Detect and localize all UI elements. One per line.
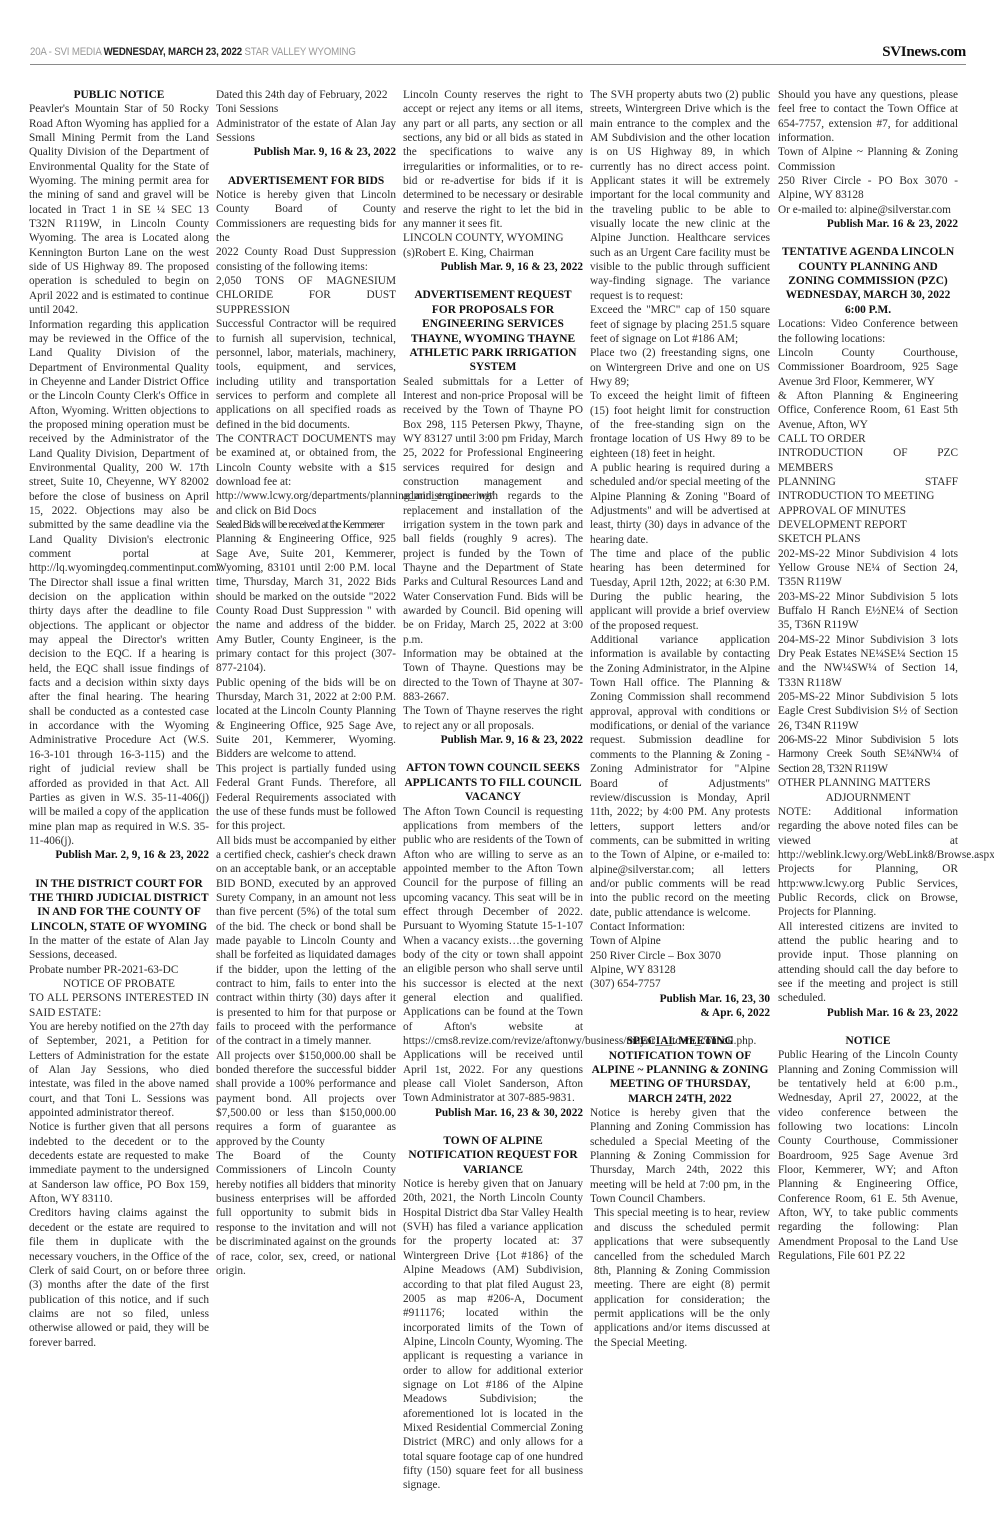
contact-label: Contact Information:: [590, 920, 770, 934]
agenda-item: DEVELOPMENT REPORT: [778, 518, 958, 532]
notice-bids-continued: Lincoln County reserves the right to acc…: [403, 88, 583, 274]
masthead: 20A - SVI MEDIA WEDNESDAY, MARCH 23, 202…: [30, 44, 966, 65]
notice-title: NOTICE: [778, 1034, 958, 1048]
notice-paragraph: Should you have any questions, please fe…: [778, 88, 958, 145]
notice-paragraph: This special meeting is to hear, review …: [590, 1206, 770, 1349]
notice-paragraph: Sealed submittals for a Letter of Intere…: [403, 375, 583, 648]
notice-paragraph: Exceed the "MRC" cap of 150 square feet …: [590, 303, 770, 346]
notice-probate-continued: Dated this 24th day of February, 2022 To…: [216, 88, 396, 160]
notice-paragraph: Sealed Bids will be received at the Kemm…: [216, 518, 396, 532]
notice-paragraph: Administrator of the estate of Alan Jay …: [216, 117, 396, 146]
notice-paragraph: The time and place of the public hearing…: [590, 547, 770, 633]
notice-paragraph: Public opening of the bids will be on Th…: [216, 676, 396, 762]
notice-alpine-variance: TOWN OF ALPINE NOTIFICATION REQUEST FOR …: [403, 1134, 583, 1493]
publish-line: Publish Mar. 16 & 23, 2022: [778, 1006, 958, 1020]
contact-line: 250 River Circle – Box 3070: [590, 949, 770, 963]
contact-line: Town of Alpine: [590, 934, 770, 948]
notice-paragraph: Notice is hereby given that the Planning…: [590, 1106, 770, 1206]
notice-title: TOWN OF ALPINE NOTIFICATION REQUEST FOR …: [403, 1134, 583, 1177]
agenda-item: 203-MS-22 Minor Subdivision 5 lots Buffa…: [778, 590, 958, 633]
publish-line: Publish Mar. 9, 16 & 23, 2022: [216, 145, 396, 159]
notice-mining-permit: PUBLIC NOTICE Peavler's Mountain Star of…: [29, 88, 209, 863]
notice-paragraph: The Board of the County Commissioners of…: [216, 1149, 396, 1278]
notice-paragraph: Additional variance application informat…: [590, 633, 770, 920]
notice-paragraph: TO ALL PERSONS INTERESTED IN SAID ESTATE…: [29, 991, 209, 1020]
contact-phone: (307) 654-7757: [590, 977, 770, 991]
notice-paragraph: Lincoln County reserves the right to acc…: [403, 88, 583, 231]
notice-paragraph: Town of Alpine ~ Planning & Zoning Commi…: [778, 145, 958, 174]
notice-thayne-rfp: ADVERTISEMENT REQUEST FOR PROPOSALS FOR …: [403, 288, 583, 747]
notice-paragraph: Peavler's Mountain Star of 50 Rocky Road…: [29, 102, 209, 317]
agenda-item: ADJOURNMENT: [778, 791, 958, 805]
notice-paragraph: & Afton Planning & Engineering Office, C…: [778, 389, 958, 432]
column-4: The SVH property abuts two (2) public st…: [590, 88, 770, 1350]
agenda-item: SKETCH PLANS: [778, 532, 958, 546]
notice-title: PUBLIC NOTICE: [29, 88, 209, 102]
notice-paragraph: The SVH property abuts two (2) public st…: [590, 88, 770, 303]
publish-line: Publish Mar. 9, 16 & 23, 2022: [403, 260, 583, 274]
notice-paragraph: 2022 County Road Dust Suppression consis…: [216, 245, 396, 274]
notice-title: ADVERTISEMENT FOR BIDS: [216, 174, 396, 188]
notice-tentative-agenda: TENTATIVE AGENDA LINCOLN COUNTY PLANNING…: [778, 245, 958, 1020]
publish-line: Publish Mar. 16 & 23, 2022: [778, 217, 958, 231]
notice-title: AFTON TOWN COUNCIL SEEKS APPLICANTS TO F…: [403, 761, 583, 804]
notice-paragraph: Creditors having claims against the dece…: [29, 1206, 209, 1349]
notice-title: TENTATIVE AGENDA LINCOLN COUNTY PLANNING…: [778, 245, 958, 317]
notice-paragraph: Notice is further given that all persons…: [29, 1120, 209, 1206]
notice-paragraph: Information may be obtained at the Town …: [403, 647, 583, 704]
publish-line: Publish Mar. 2, 9, 16 & 23, 2022: [29, 848, 209, 862]
notice-paragraph: In the matter of the estate of Alan Jay …: [29, 934, 209, 963]
notice-paragraph: The CONTRACT DOCUMENTS may be examined a…: [216, 432, 396, 489]
notice-paragraph: Successful Contractor will be required t…: [216, 317, 396, 432]
agenda-item: APPROVAL OF MINUTES: [778, 504, 958, 518]
notice-paragraph: Planning & Engineering Office, 925 Sage …: [216, 532, 396, 675]
agenda-item: PLANNING STAFF INTRODUCTION TO MEETING: [778, 475, 958, 504]
agenda-item: INTRODUCTION OF PZC MEMBERS: [778, 446, 958, 475]
notice-paragraph: Lincoln County Courthouse, Commissioner …: [778, 346, 958, 389]
publish-line: Publish Mar. 16, 23 & 30, 2022: [403, 1106, 583, 1120]
bid-docs-link[interactable]: http://www.lcwy.org/departments/planning…: [216, 489, 396, 518]
agenda-item: 204-MS-22 Minor Subdivision 3 lots Dry P…: [778, 633, 958, 690]
agenda-item: OTHER PLANNING MATTERS: [778, 776, 958, 790]
notice-title: SPECIAL MEETING NOTIFICATION TOWN OF ALP…: [590, 1034, 770, 1106]
site-logo[interactable]: SVInews.com: [882, 44, 966, 61]
notice-paragraph: All projects over $150,000.00 shall be b…: [216, 1049, 396, 1149]
issue-date: WEDNESDAY, MARCH 23, 2022: [104, 46, 242, 58]
notice-paragraph: NOTE: Additional information regarding t…: [778, 805, 958, 920]
notice-variance-continued: The SVH property abuts two (2) public st…: [590, 88, 770, 1020]
notice-probate: IN THE DISTRICT COURT FOR THE THIRD JUDI…: [29, 877, 209, 1350]
masthead-info: 20A - SVI MEDIA WEDNESDAY, MARCH 23, 202…: [30, 46, 356, 58]
notice-paragraph: Dated this 24th day of February, 2022: [216, 88, 396, 102]
publish-line: & Apr. 6, 2022: [590, 1006, 770, 1020]
region-label: STAR VALLEY WYOMING: [244, 46, 355, 58]
notice-afton-council-vacancy: AFTON TOWN COUNCIL SEEKS APPLICANTS TO F…: [403, 761, 583, 1120]
notice-paragraph: Place two (2) freestanding signs, one on…: [590, 346, 770, 389]
notice-paragraph: Notice is hereby given that Lincoln Coun…: [216, 188, 396, 245]
email-link[interactable]: Or e-mailed to: alpine@silverstar.com: [778, 203, 958, 217]
column-1: PUBLIC NOTICE Peavler's Mountain Star of…: [29, 88, 209, 1350]
notice-paragraph: A public hearing is required during a sc…: [590, 461, 770, 547]
notice-paragraph: Locations: Video Conference between the …: [778, 317, 958, 346]
notice-paragraph: The Afton Town Council is requesting app…: [403, 805, 583, 1049]
column-3: Lincoln County reserves the right to acc…: [403, 88, 583, 1493]
notice-paragraph: Information regarding this application m…: [29, 318, 209, 849]
notice-special-meeting: SPECIAL MEETING NOTIFICATION TOWN OF ALP…: [590, 1034, 770, 1350]
notice-paragraph: To exceed the height limit of fifteen (1…: [590, 389, 770, 461]
notice-signature: (s)Robert E. King, Chairman: [403, 246, 583, 260]
notice-title: IN THE DISTRICT COURT FOR THE THIRD JUDI…: [29, 877, 209, 934]
notice-title: ADVERTISEMENT REQUEST FOR PROPOSALS FOR …: [403, 288, 583, 374]
publish-line: Publish Mar. 16, 23, 30: [590, 992, 770, 1006]
notice-public-hearing: NOTICE Public Hearing of the Lincoln Cou…: [778, 1034, 958, 1264]
notice-paragraph: 2,050 TONS OF MAGNESIUM CHLORIDE FOR DUS…: [216, 274, 396, 317]
notice-paragraph: Public Hearing of the Lincoln County Pla…: [778, 1048, 958, 1263]
notice-special-continued: Should you have any questions, please fe…: [778, 88, 958, 231]
notice-paragraph: The Town of Thayne reserves the right to…: [403, 704, 583, 733]
notice-signature: LINCOLN COUNTY, WYOMING: [403, 231, 583, 245]
notice-subheading: NOTICE OF PROBATE: [29, 977, 209, 991]
notice-paragraph: Probate number PR-2021-63-DC: [29, 963, 209, 977]
notice-paragraph: Notice is hereby given that on January 2…: [403, 1177, 583, 1493]
notice-paragraph: 250 River Circle - PO Box 3070 - Alpine,…: [778, 174, 958, 203]
notice-advertisement-for-bids: ADVERTISEMENT FOR BIDS Notice is hereby …: [216, 174, 396, 1278]
notice-paragraph: All interested citizens are invited to a…: [778, 920, 958, 1006]
publish-line: Publish Mar. 9, 16 & 23, 2022: [403, 733, 583, 747]
notice-paragraph: All bids must be accompanied by either a…: [216, 834, 396, 1049]
notice-paragraph: You are hereby notified on the 27th day …: [29, 1020, 209, 1120]
notice-paragraph: Applications will be received until Apri…: [403, 1048, 583, 1105]
notice-paragraph: This project is partially funded using F…: [216, 762, 396, 834]
contact-line: Alpine, WY 83128: [590, 963, 770, 977]
column-5: Should you have any questions, please fe…: [778, 88, 958, 1264]
agenda-item: CALL TO ORDER: [778, 432, 958, 446]
agenda-item: 205-MS-22 Minor Subdivision 5 lots Eagle…: [778, 690, 958, 733]
agenda-item: 206-MS-22 Minor Subdivision 5 lots Harmo…: [778, 733, 958, 776]
notice-paragraph: Toni Sessions: [216, 102, 396, 116]
page-label: 20A - SVI MEDIA: [30, 46, 101, 58]
column-2: Dated this 24th day of February, 2022 To…: [216, 88, 396, 1278]
agenda-item: 202-MS-22 Minor Subdivision 4 lots Yello…: [778, 547, 958, 590]
